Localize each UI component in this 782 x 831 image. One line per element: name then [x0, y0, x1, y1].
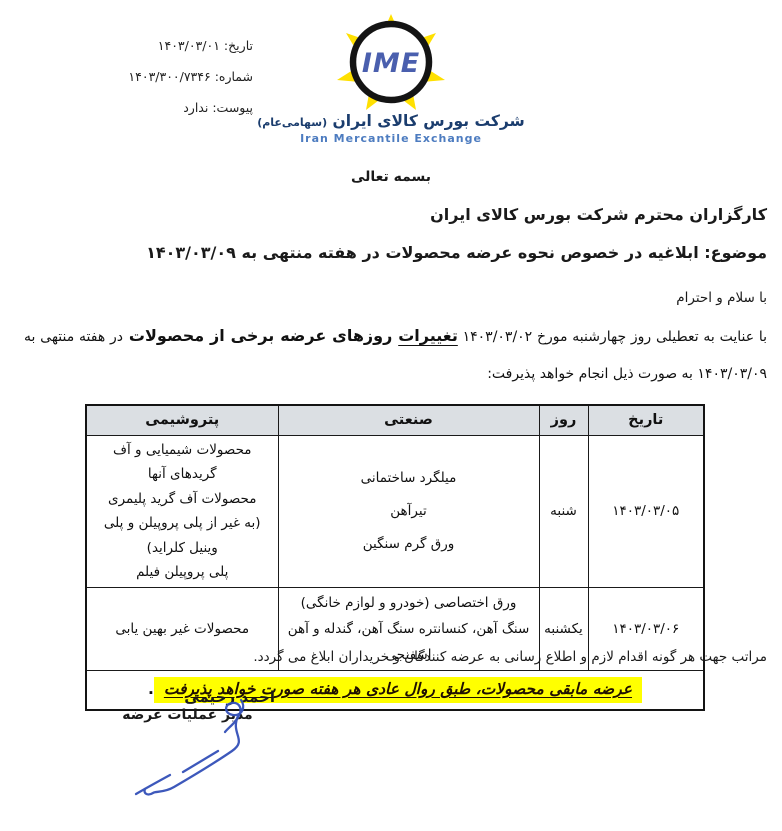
table-row-saturday: ۱۴۰۳/۰۳/۰۵ شنبه میلگرد ساختمانی تیرآهن و…: [86, 435, 704, 587]
greeting-line: با سلام و احترام: [676, 290, 767, 306]
closing-line: مراتب جهت هر گونه اقدام لازم و اطلاع رسا…: [253, 649, 767, 665]
cell-date-1: ۱۴۰۳/۰۳/۰۵: [588, 435, 704, 587]
letterhead-fields: تاریخ: ۱۴۰۳/۰۳/۰۱ شماره: ۱۴۰۳/۳۰۰/۷۳۴۶ پ…: [128, 30, 253, 123]
company-name-en: Iran Mercantile Exchange: [251, 132, 531, 145]
paragraph-emph-bold: روزهای عرضه برخی از محصولات: [123, 326, 398, 345]
header-date: تاریخ: [588, 405, 704, 435]
signer-name: احمد رحیمی: [100, 688, 275, 706]
date-label: تاریخ:: [224, 38, 253, 53]
company-suffix-fa: (سهامی‌عام): [257, 116, 327, 129]
cell-petrochemical-2: محصولات غیر بهین یابی: [86, 587, 278, 670]
table-header-row: تاریخ روز صنعتی پتروشیمی: [86, 405, 704, 435]
header-industrial: صنعتی: [278, 405, 539, 435]
signature-block: احمد رحیمی مدیر عملیات عرضه: [100, 688, 275, 723]
salutation-line: کارگزاران محترم شرکت بورس کالای ایران: [430, 205, 767, 224]
signer-title: مدیر عملیات عرضه: [100, 707, 275, 723]
body-paragraph: با عنایت به تعطیلی روز چهارشنبه مورخ ۱۴۰…: [24, 317, 767, 393]
letterhead-number-line: شماره: ۱۴۰۳/۳۰۰/۷۳۴۶: [128, 61, 253, 92]
cell-petrochemical-1: محصولات شیمیایی و آف گریدهای آنها محصولا…: [86, 435, 278, 587]
header-day: روز: [539, 405, 588, 435]
besmele-line: بسمه تعالی: [0, 169, 782, 185]
number-value: ۱۴۰۳/۳۰۰/۷۳۴۶: [128, 69, 210, 84]
letter-page: تاریخ: ۱۴۰۳/۰۳/۰۱ شماره: ۱۴۰۳/۳۰۰/۷۳۴۶ پ…: [0, 0, 782, 831]
number-label: شماره:: [215, 69, 253, 84]
attachment-label: پیوست:: [212, 100, 253, 115]
subject-line: موضوع: ابلاغیه در خصوص نحوه عرضه محصولات…: [146, 243, 767, 262]
attachment-value: ندارد: [183, 100, 208, 115]
ime-star-emblem-icon: IME: [335, 14, 447, 110]
cell-day-1: شنبه: [539, 435, 588, 587]
letterhead-attachment-line: پیوست: ندارد: [128, 92, 253, 123]
paragraph-pre: با عنایت به تعطیلی روز چهارشنبه مورخ ۱۴۰…: [458, 329, 767, 345]
letterhead-date-line: تاریخ: ۱۴۰۳/۰۳/۰۱: [128, 30, 253, 61]
header-petrochemical: پتروشیمی: [86, 405, 278, 435]
ime-logo-block: IME شرکت بورس کالای ایران (سهامی‌عام) Ir…: [251, 14, 531, 145]
ime-monogram: IME: [362, 48, 420, 79]
date-value: ۱۴۰۳/۰۳/۰۱: [158, 38, 220, 53]
cell-industrial-1: میلگرد ساختمانی تیرآهن ورق گرم سنگین: [278, 435, 539, 587]
company-name-fa: شرکت بورس کالای ایران (سهامی‌عام): [251, 112, 531, 130]
paragraph-emph-underline: تغییرات: [398, 326, 458, 345]
